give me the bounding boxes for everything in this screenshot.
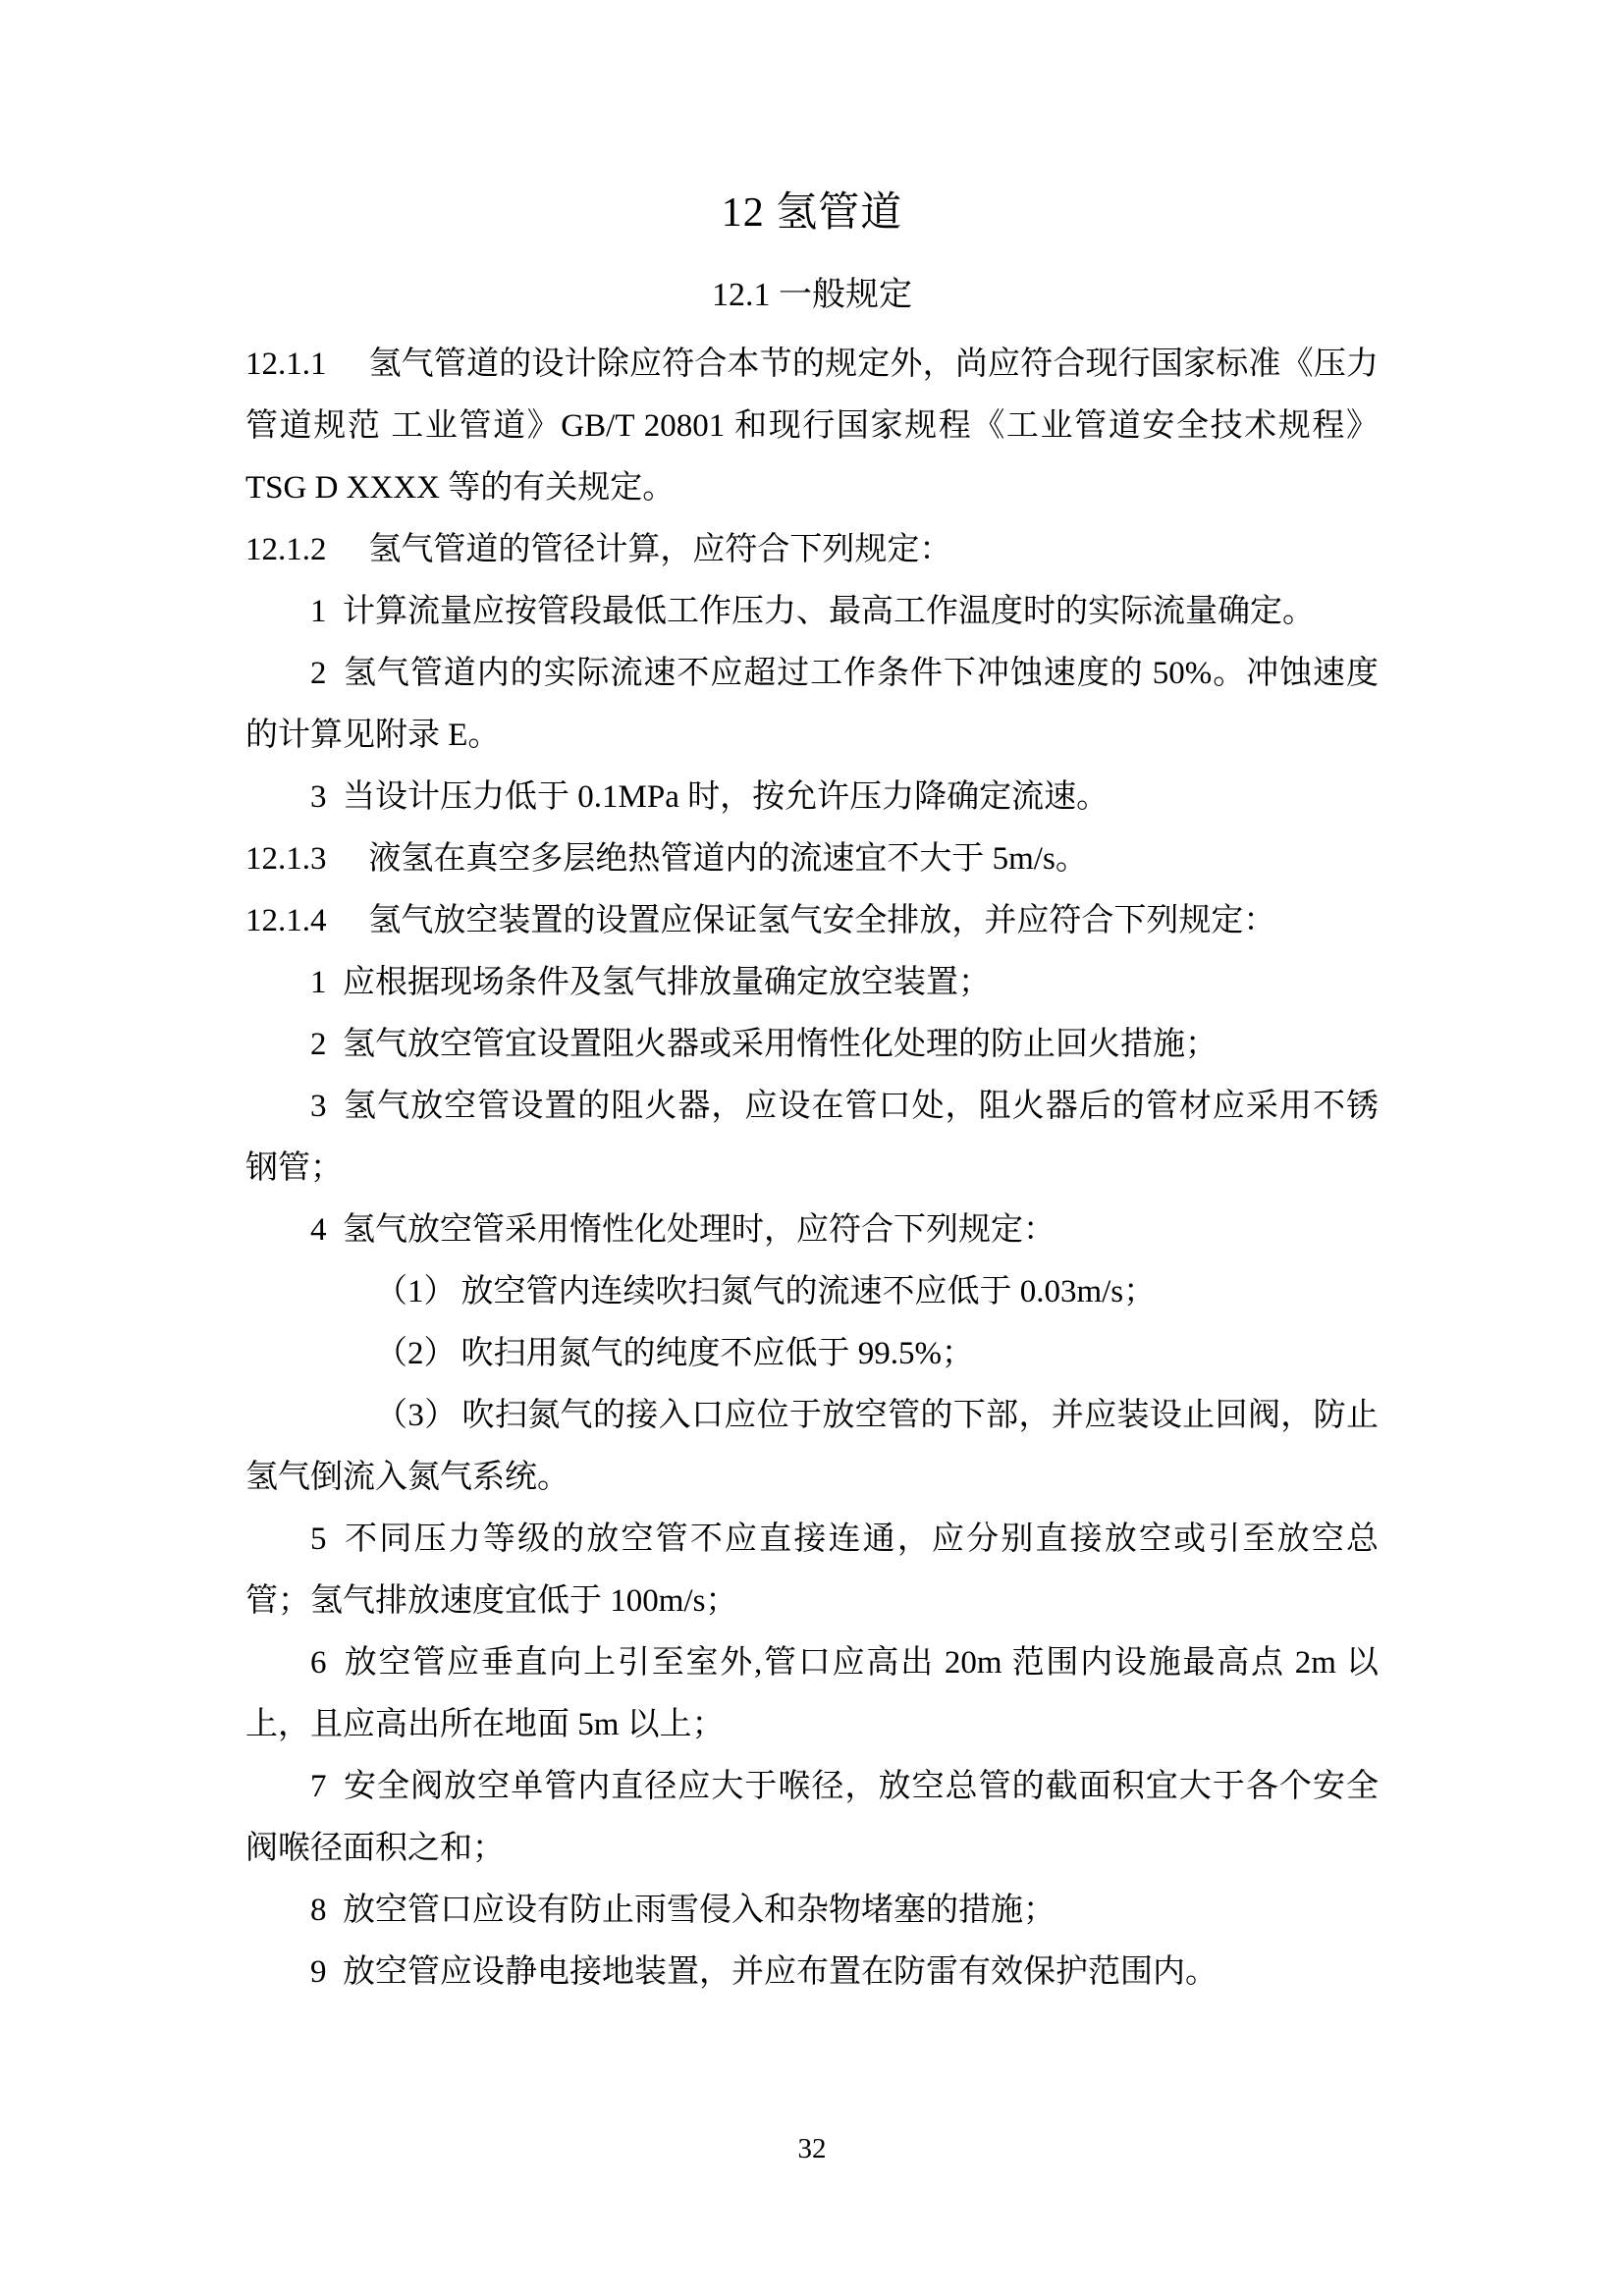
item-number: 8 bbox=[310, 1893, 327, 1928]
item-number: 4 bbox=[310, 1212, 327, 1248]
item-text: 计算流量应按管段最低工作压力、最高工作温度时的实际流量确定。 bbox=[343, 594, 1315, 629]
sub-list-item: （1）放空管内连续吹扫氮气的流速不应低于 0.03m/s； bbox=[245, 1261, 1379, 1323]
item-number: 9 bbox=[310, 1954, 327, 1990]
subitem-number: （2） bbox=[375, 1336, 457, 1371]
clause-number: 12.1.4 bbox=[245, 903, 327, 938]
sub-list-item: （2）吹扫用氮气的纯度不应低于 99.5%； bbox=[245, 1323, 1379, 1385]
list-item: 9放空管应设静电接地装置，并应布置在防雷有效保护范围内。 bbox=[245, 1942, 1379, 2003]
item-text: 安全阀放空单管内直径应大于喉径，放空总管的截面积宜大于各个安全阀喉径面积之和； bbox=[245, 1769, 1379, 1866]
item-number: 5 bbox=[310, 1522, 327, 1557]
subitem-text: 放空管内连续吹扫氮气的流速不应低于 0.03m/s； bbox=[460, 1274, 1156, 1309]
item-number: 2 bbox=[310, 656, 327, 691]
clause-text: 氢气管道的设计除应符合本节的规定外，尚应符合现行国家标准《压力管道规范 工业管道… bbox=[245, 347, 1379, 506]
list-item: 4氢气放空管采用惰性化处理时，应符合下列规定： bbox=[245, 1200, 1379, 1261]
subitem-text: 吹扫用氮气的纯度不应低于 99.5%； bbox=[460, 1336, 974, 1371]
subitem-number: （3） bbox=[375, 1398, 458, 1433]
item-number: 2 bbox=[310, 1027, 327, 1062]
item-text: 氢气放空管设置的阻火器，应设在管口处，阻火器后的管材应采用不锈钢管； bbox=[245, 1089, 1379, 1186]
item-number: 1 bbox=[310, 965, 327, 1000]
document-page: 12 氢管道 12.1 一般规定 12.1.1氢气管道的设计除应符合本节的规定外… bbox=[0, 0, 1624, 2296]
clause: 12.1.2氢气管道的管径计算，应符合下列规定： bbox=[245, 519, 1379, 581]
list-item: 3当设计压力低于 0.1MPa 时，按允许压力降确定流速。 bbox=[245, 767, 1379, 828]
item-text: 放空管应垂直向上引至室外,管口应高出 20m 范围内设施最高点 2m 以上，且应… bbox=[245, 1645, 1379, 1742]
sub-list-item: （3）吹扫氮气的接入口应位于放空管的下部，并应装设止回阀，防止氢气倒流入氮气系统… bbox=[245, 1385, 1379, 1509]
list-item: 8放空管口应设有防止雨雪侵入和杂物堵塞的措施； bbox=[245, 1880, 1379, 1942]
clause: 12.1.1氢气管道的设计除应符合本节的规定外，尚应符合现行国家标准《压力管道规… bbox=[245, 334, 1379, 519]
clause-number: 12.1.2 bbox=[245, 532, 327, 567]
item-number: 3 bbox=[310, 1089, 327, 1124]
clause-text: 氢气管道的管径计算，应符合下列规定： bbox=[368, 532, 951, 567]
chapter-title: 12 氢管道 bbox=[0, 192, 1624, 234]
item-text: 氢气放空管宜设置阻火器或采用惰性化处理的防止回火措施； bbox=[343, 1027, 1218, 1062]
item-text: 当设计压力低于 0.1MPa 时，按允许压力降确定流速。 bbox=[343, 779, 1109, 815]
item-number: 1 bbox=[310, 594, 327, 629]
list-item: 5不同压力等级的放空管不应直接连通，应分别直接放空或引至放空总管；氢气排放速度宜… bbox=[245, 1509, 1379, 1632]
item-text: 放空管应设静电接地装置，并应布置在防雷有效保护范围内。 bbox=[343, 1954, 1218, 1990]
clause-number: 12.1.3 bbox=[245, 841, 327, 877]
item-number: 6 bbox=[310, 1645, 327, 1681]
list-item: 7安全阀放空单管内直径应大于喉径，放空总管的截面积宜大于各个安全阀喉径面积之和； bbox=[245, 1756, 1379, 1880]
item-text: 放空管口应设有防止雨雪侵入和杂物堵塞的措施； bbox=[343, 1893, 1056, 1928]
clause-number: 12.1.1 bbox=[245, 347, 327, 382]
subitem-number: （1） bbox=[375, 1274, 457, 1309]
page-number: 32 bbox=[0, 2132, 1624, 2166]
list-item: 2氢气放空管宜设置阻火器或采用惰性化处理的防止回火措施； bbox=[245, 1014, 1379, 1076]
list-item: 6放空管应垂直向上引至室外,管口应高出 20m 范围内设施最高点 2m 以上，且… bbox=[245, 1632, 1379, 1756]
document-body: 12.1.1氢气管道的设计除应符合本节的规定外，尚应符合现行国家标准《压力管道规… bbox=[245, 334, 1379, 2003]
clause-text: 液氢在真空多层绝热管道内的流速宜不大于 5m/s。 bbox=[368, 841, 1087, 877]
clause-text: 氢气放空装置的设置应保证氢气安全排放，并应符合下列规定： bbox=[368, 903, 1275, 938]
list-item: 1应根据现场条件及氢气排放量确定放空装置； bbox=[245, 952, 1379, 1014]
item-text: 氢气管道内的实际流速不应超过工作条件下冲蚀速度的 50%。冲蚀速度的计算见附录 … bbox=[245, 656, 1379, 753]
list-item: 2氢气管道内的实际流速不应超过工作条件下冲蚀速度的 50%。冲蚀速度的计算见附录… bbox=[245, 643, 1379, 767]
clause: 12.1.4氢气放空装置的设置应保证氢气安全排放，并应符合下列规定： bbox=[245, 890, 1379, 952]
clause: 12.1.3液氢在真空多层绝热管道内的流速宜不大于 5m/s。 bbox=[245, 828, 1379, 890]
item-number: 7 bbox=[310, 1769, 327, 1804]
item-text: 氢气放空管采用惰性化处理时，应符合下列规定： bbox=[343, 1212, 1056, 1248]
item-text: 应根据现场条件及氢气排放量确定放空装置； bbox=[343, 965, 991, 1000]
item-number: 3 bbox=[310, 779, 327, 815]
item-text: 不同压力等级的放空管不应直接连通，应分别直接放空或引至放空总管；氢气排放速度宜低… bbox=[245, 1522, 1379, 1619]
list-item: 1计算流量应按管段最低工作压力、最高工作温度时的实际流量确定。 bbox=[245, 581, 1379, 643]
section-title: 12.1 一般规定 bbox=[0, 279, 1624, 312]
list-item: 3氢气放空管设置的阻火器，应设在管口处，阻火器后的管材应采用不锈钢管； bbox=[245, 1076, 1379, 1200]
